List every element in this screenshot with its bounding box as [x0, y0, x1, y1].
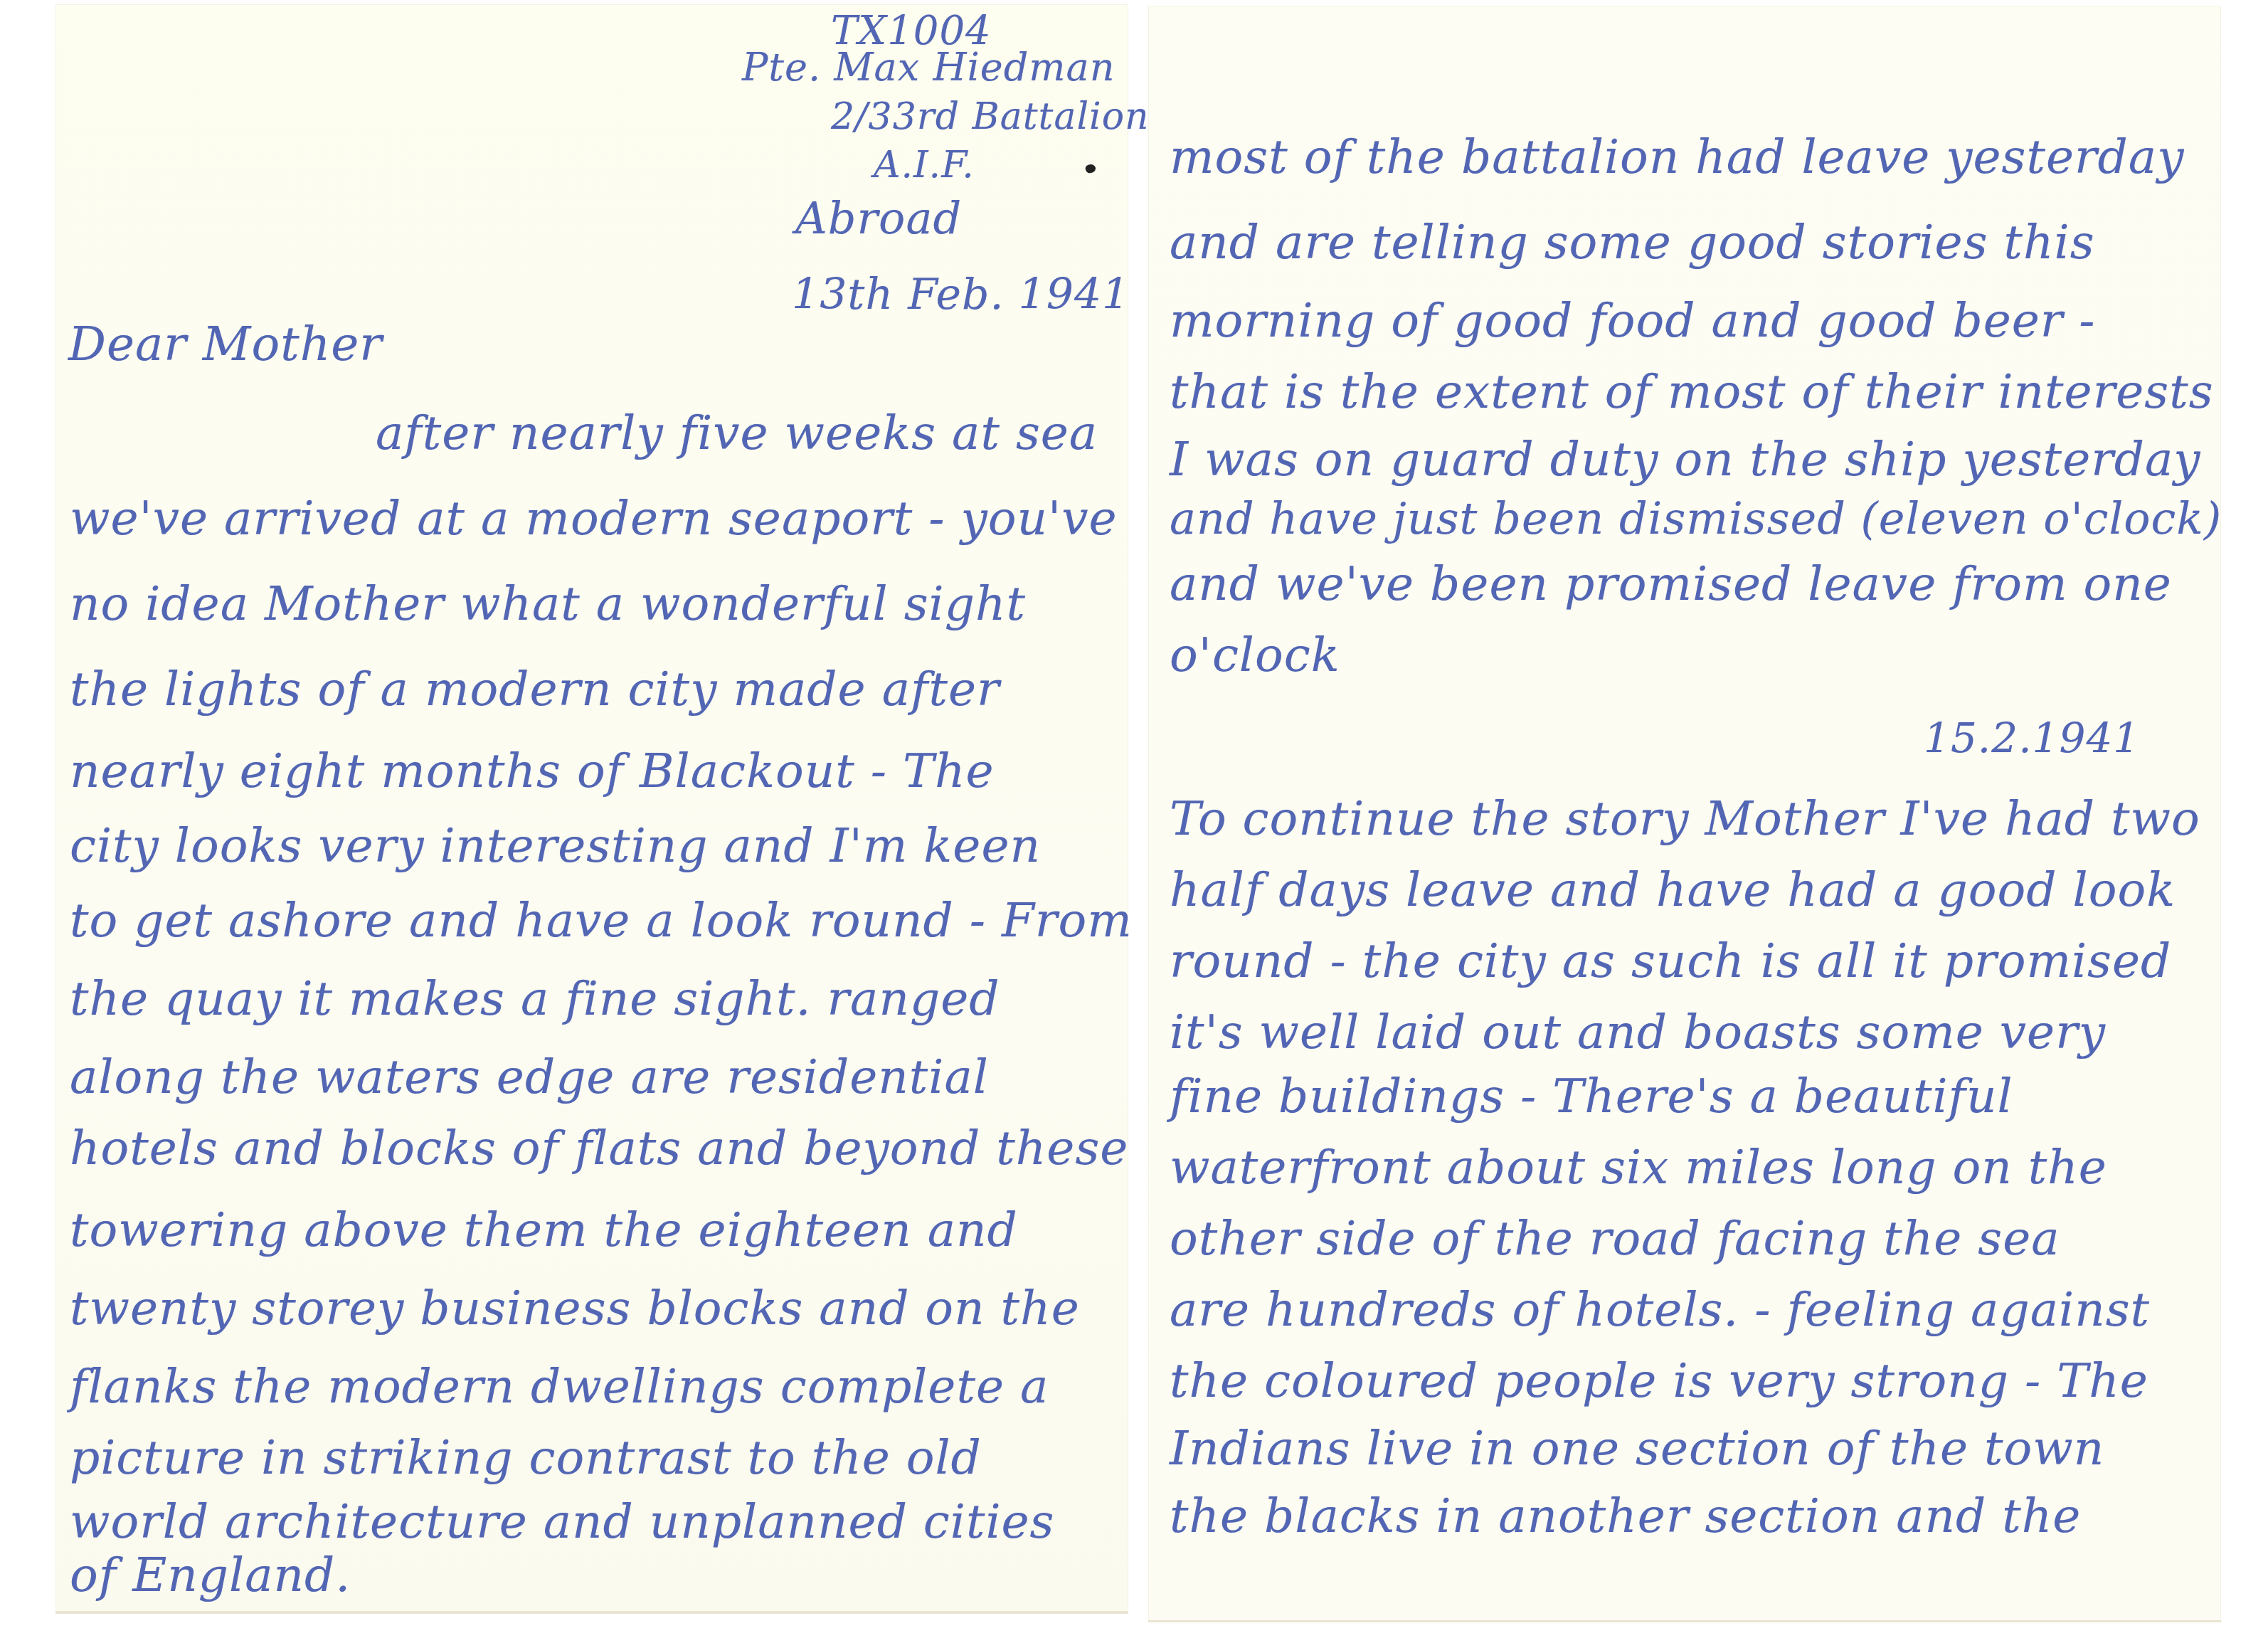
salutation: Dear Mother [68, 321, 383, 368]
body-line: it's well laid out and boasts some very [1170, 1009, 2106, 1056]
letter-page-right: most of the battalion had leave yesterda… [1148, 6, 2221, 1622]
body-line: the blacks in another section and the [1170, 1493, 2081, 1540]
letter-page-left: TX1004 Pte. Max Hiedman 2/33rd Battalion… [55, 4, 1128, 1614]
page-bottom-edge [1148, 1620, 2221, 1622]
body-line: the quay it makes a fine sight. ranged [70, 976, 1000, 1023]
body-line: morning of good food and good beer - [1170, 297, 2096, 344]
body-line: world architecture and unplanned cities [70, 1499, 1055, 1545]
body-line: o'clock [1170, 632, 1340, 679]
body-line: after nearly five weeks at sea [376, 410, 1098, 457]
body-line: twenty storey business blocks and on the [70, 1285, 1080, 1332]
body-line: flanks the modern dwellings complete a [70, 1363, 1049, 1410]
body-line: round - the city as such is all it promi… [1170, 938, 2171, 985]
body-line: hotels and blocks of flats and beyond th… [70, 1125, 1128, 1172]
sender-unit: 2/33rd Battalion [831, 98, 1150, 135]
body-line: waterfront about six miles long on the [1170, 1144, 2107, 1191]
body-line: towering above them the eighteen and [70, 1207, 1018, 1254]
letter-date: 13th Feb. 1941 [792, 273, 1130, 316]
letter-location: Abroad [795, 196, 962, 241]
body-line: Indians live in one section of the town [1170, 1425, 2104, 1472]
sender-name: Pte. Max Hiedman [742, 48, 1116, 87]
continuation-date: 15.2.1941 [1924, 717, 2140, 759]
body-line: I was on guard duty on the ship yesterda… [1170, 436, 2201, 483]
sender-force: A.I.F. [874, 147, 975, 184]
body-line: the coloured people is very strong - The [1170, 1358, 2148, 1405]
body-line: and have just been dismissed (eleven o'c… [1170, 497, 2222, 541]
ink-blot [1084, 163, 1096, 174]
body-line: we've arrived at a modern seaport - you'… [70, 495, 1118, 542]
body-line: to get ashore and have a look round - Fr… [70, 897, 1133, 944]
page-bottom-edge [55, 1611, 1128, 1614]
body-line: the lights of a modern city made after [70, 666, 1000, 713]
body-line: picture in striking contrast to the old [70, 1434, 982, 1481]
body-line: no idea Mother what a wonderful sight [70, 581, 1026, 628]
body-line: along the waters edge are residential [70, 1054, 989, 1101]
body-line: and we've been promised leave from one [1170, 561, 2172, 608]
body-line: of England. [70, 1552, 351, 1599]
body-line: are hundreds of hotels. - feeling agains… [1170, 1286, 2150, 1333]
body-line: most of the battalion had leave yesterda… [1170, 134, 2184, 181]
body-line: other side of the road facing the sea [1170, 1215, 2060, 1262]
body-line: To continue the story Mother I've had tw… [1170, 796, 2200, 842]
body-line: fine buildings - There's a beautiful [1170, 1073, 2013, 1120]
body-line: nearly eight months of Blackout - The [70, 748, 995, 795]
body-line: and are telling some good stories this [1170, 219, 2095, 266]
body-line: that is the extent of most of their inte… [1170, 369, 2214, 416]
body-line: city looks very interesting and I'm keen [70, 823, 1041, 870]
body-line: half days leave and have had a good look [1170, 867, 2176, 914]
